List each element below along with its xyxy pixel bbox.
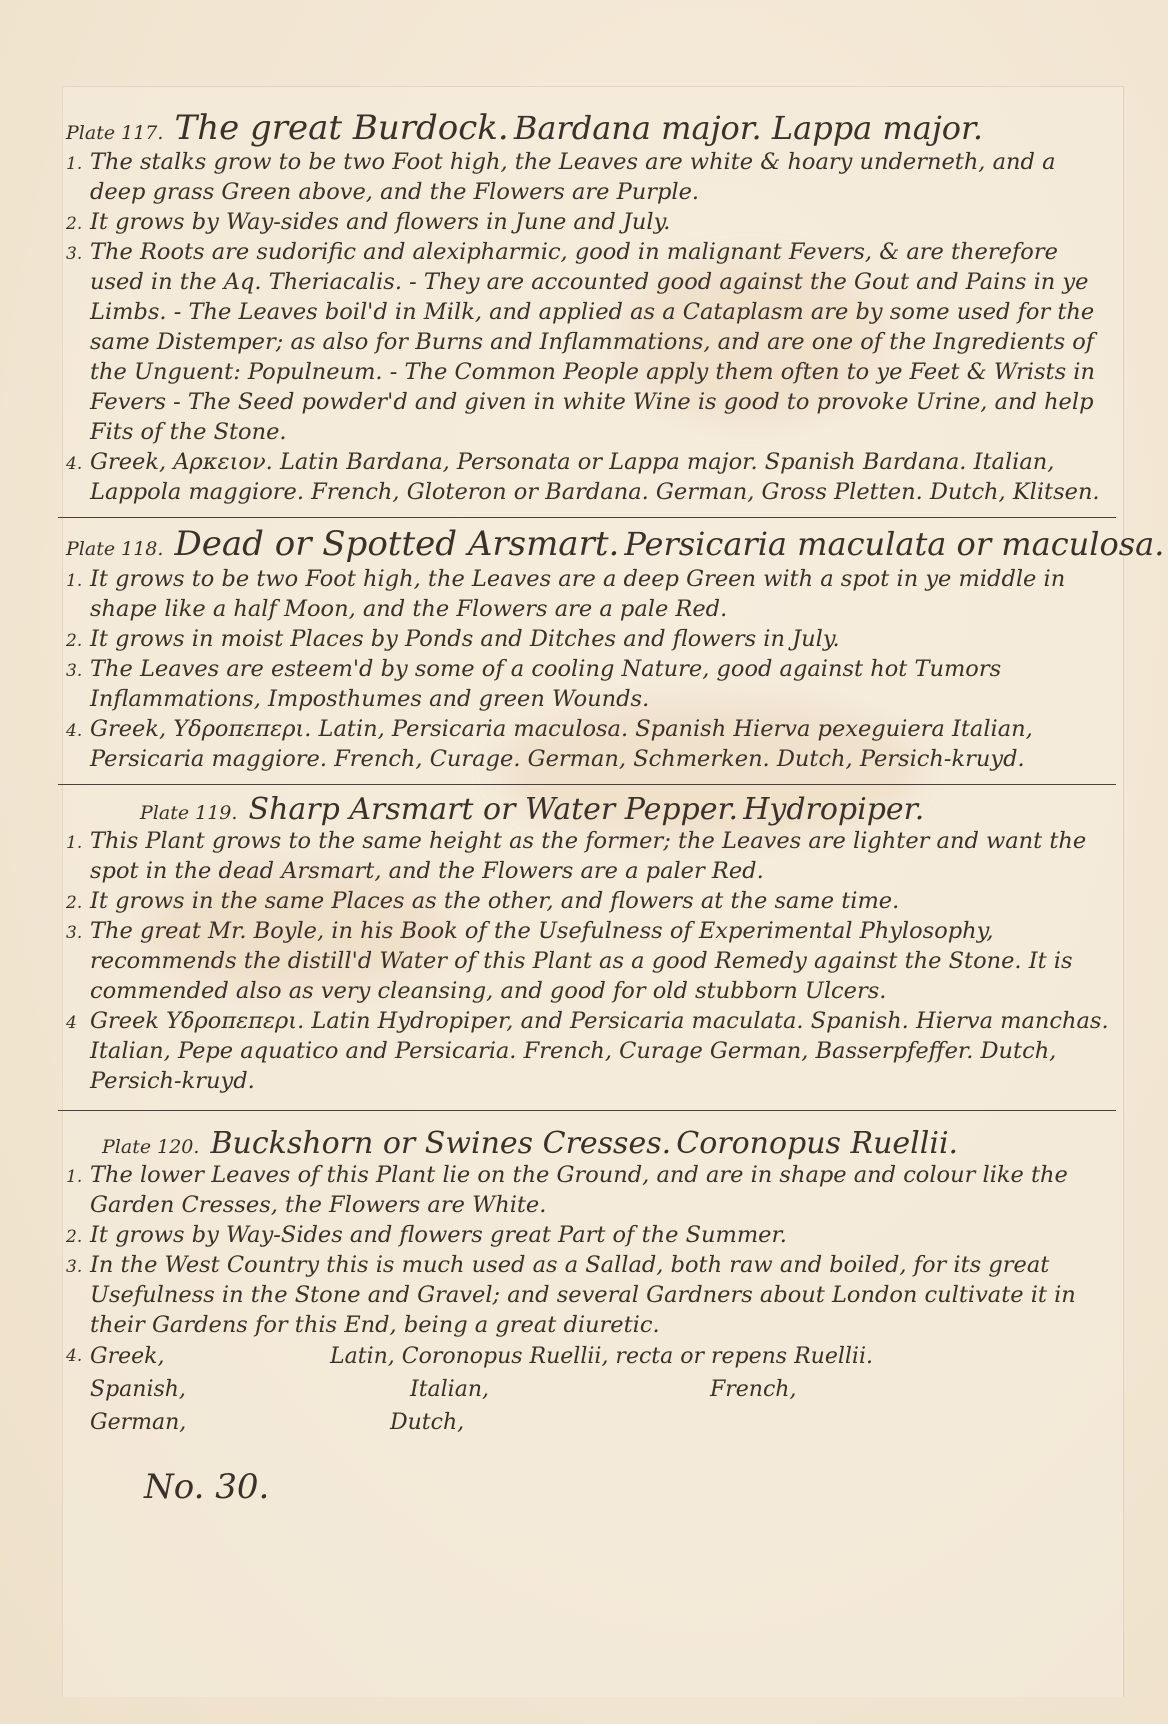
list-item: 4.Greek, Υδροπεπερι. Latin, Persicaria m… xyxy=(66,714,1116,774)
dutch-name: Dutch, xyxy=(390,1406,690,1439)
item-number: 2. xyxy=(66,626,82,656)
list-item: 3.The Leaves are esteem'd by some of a c… xyxy=(66,654,1116,714)
language-names: 4. Greek, Latin, Coronopus Ruellii, rect… xyxy=(66,1340,1116,1439)
page-number: No. 30. xyxy=(144,1467,1116,1507)
item-text: The great Mr. Boyle, in his Book of the … xyxy=(90,918,1073,1004)
list-item: 4.Greek, Αρκειον. Latin Bardana, Persona… xyxy=(66,447,1116,507)
french-name: French, xyxy=(690,1373,990,1406)
latin-name: Coronopus Ruellii. xyxy=(676,1126,958,1161)
plate-118-section: Plate 118. Dead or Spotted Arsmart. Pers… xyxy=(66,526,1116,773)
item-number: 1. xyxy=(66,149,82,179)
item-text: The Leaves are esteem'd by some of a coo… xyxy=(90,656,1001,712)
list-item: 4Greek Υδροπεπερι. Latin Hydropiper, and… xyxy=(66,1006,1116,1096)
divider-rule xyxy=(58,1110,1116,1111)
item-text: Greek, Αρκειον. Latin Bardana, Personata… xyxy=(90,449,1100,505)
latin-name: Hydropiper. xyxy=(743,792,924,827)
item-number: 4. xyxy=(66,716,82,746)
item-number: 3. xyxy=(66,656,82,686)
item-text: The lower Leaves of this Plant lie on th… xyxy=(90,1162,1068,1218)
item-number: 2. xyxy=(66,888,82,918)
item-number: 1. xyxy=(66,566,82,596)
list-item: 2.It grows by Way-Sides and flowers grea… xyxy=(66,1220,1116,1250)
plate-117-section: Plate 117. The great Burdock. Bardana ma… xyxy=(66,110,1116,507)
plate-119-section: Plate 119. Sharp Arsmart or Water Pepper… xyxy=(66,793,1116,1096)
list-item: 3.In the West Country this is much used … xyxy=(66,1250,1116,1340)
list-item: 2.It grows by Way-sides and flowers in J… xyxy=(66,207,1116,237)
item-text: It grows to be two Foot high, the Leaves… xyxy=(90,566,1065,622)
plate-120-section: Plate 120. Buckshorn or Swines Cresses. … xyxy=(66,1127,1116,1439)
divider-rule xyxy=(58,517,1116,518)
common-name: Buckshorn or Swines Cresses. xyxy=(211,1126,672,1161)
item-number: 3. xyxy=(66,1252,82,1282)
item-number: 1. xyxy=(66,828,82,858)
list-item: 3.The Roots are sudorific and alexipharm… xyxy=(66,237,1116,447)
description-list: 1.This Plant grows to the same height as… xyxy=(66,826,1116,1096)
plate-number: Plate 117. xyxy=(66,122,163,144)
document-page: Plate 117. The great Burdock. Bardana ma… xyxy=(66,110,1116,1507)
list-item: 2.It grows in the same Places as the oth… xyxy=(66,886,1116,916)
list-item: 2.It grows in moist Places by Ponds and … xyxy=(66,624,1116,654)
common-name: Sharp Arsmart or Water Pepper. xyxy=(249,792,739,827)
item-number: 4. xyxy=(66,1346,82,1366)
plate-number: Plate 120. xyxy=(102,1136,199,1158)
latin-name: Bardana major. Lappa major. xyxy=(514,109,983,147)
list-item: 1.It grows to be two Foot high, the Leav… xyxy=(66,564,1116,624)
spanish-name: Spanish, xyxy=(90,1373,390,1406)
item-text: It grows in moist Places by Ponds and Di… xyxy=(90,626,840,652)
list-item: 3.The great Mr. Boyle, in his Book of th… xyxy=(66,916,1116,1006)
plate-number: Plate 119. xyxy=(140,802,237,824)
italian-name: Italian, xyxy=(390,1373,690,1406)
item-text: It grows by Way-sides and flowers in Jun… xyxy=(90,209,670,235)
description-list: 1.The lower Leaves of this Plant lie on … xyxy=(66,1160,1116,1340)
divider-rule xyxy=(58,784,1116,785)
german-name: German, xyxy=(90,1406,390,1439)
item-number: 4. xyxy=(66,449,82,479)
item-text: In the West Country this is much used as… xyxy=(90,1252,1076,1338)
item-text: Greek, Υδροπεπερι. Latin, Persicaria mac… xyxy=(90,716,1033,772)
description-list: 1.It grows to be two Foot high, the Leav… xyxy=(66,564,1116,774)
description-list: 1.The stalks grow to be two Foot high, t… xyxy=(66,147,1116,507)
list-item: 1.The lower Leaves of this Plant lie on … xyxy=(66,1160,1116,1220)
plate-heading: Plate 117. The great Burdock. Bardana ma… xyxy=(66,110,1116,147)
item-number: 2. xyxy=(66,209,82,239)
list-item: 1.This Plant grows to the same height as… xyxy=(66,826,1116,886)
list-item: 1.The stalks grow to be two Foot high, t… xyxy=(66,147,1116,207)
plate-number: Plate 118. xyxy=(66,538,163,560)
item-text: Greek Υδροπεπερι. Latin Hydropiper, and … xyxy=(90,1008,1109,1094)
plate-heading: Plate 120. Buckshorn or Swines Cresses. … xyxy=(66,1127,1116,1160)
language-grid: Greek, Latin, Coronopus Ruellii, recta o… xyxy=(66,1340,1116,1439)
item-text: It grows in the same Places as the other… xyxy=(90,888,899,914)
plate-heading: Plate 119. Sharp Arsmart or Water Pepper… xyxy=(66,793,1116,826)
item-text: The Roots are sudorific and alexipharmic… xyxy=(90,239,1095,445)
item-number: 3. xyxy=(66,239,82,269)
item-number: 1. xyxy=(66,1162,82,1192)
common-name: Dead or Spotted Arsmart. xyxy=(175,524,620,564)
item-text: This Plant grows to the same height as t… xyxy=(90,828,1086,884)
common-name: The great Burdock. xyxy=(175,108,509,148)
item-text: It grows by Way-Sides and flowers great … xyxy=(90,1222,787,1248)
item-number: 2. xyxy=(66,1222,82,1252)
item-number: 3. xyxy=(66,918,82,948)
latin-name: Persicaria maculata or maculosa. xyxy=(624,525,1164,563)
plate-heading: Plate 118. Dead or Spotted Arsmart. Pers… xyxy=(66,526,1116,563)
item-number: 4 xyxy=(66,1008,77,1038)
item-text: The stalks grow to be two Foot high, the… xyxy=(90,149,1056,205)
latin-name: Latin, Coronopus Ruellii, recta or repen… xyxy=(330,1340,990,1373)
